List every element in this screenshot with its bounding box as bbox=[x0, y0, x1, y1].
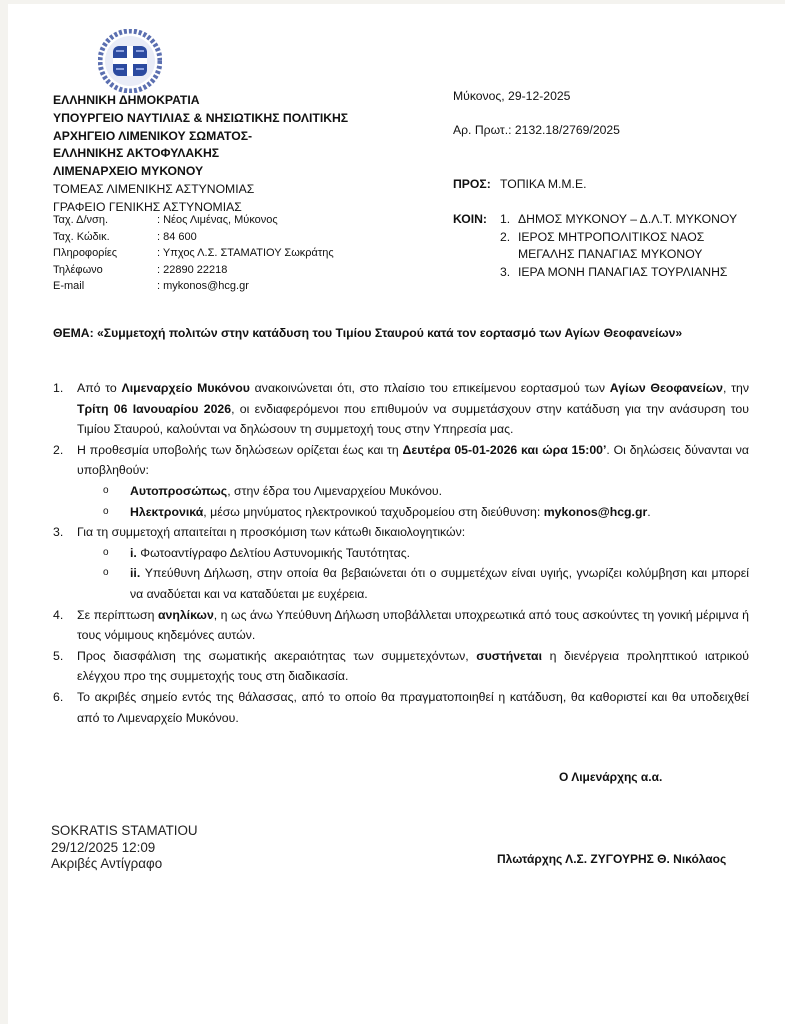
authority-line: ΛΙΜΕΝΑΡΧΕΙΟ ΜΥΚΟΝΟΥ bbox=[53, 163, 348, 181]
announcement-body: 1. Από το Λιμεναρχείο Μυκόνου ανακοινώνε… bbox=[53, 378, 749, 728]
contact-row: Τηλέφωνο: 22890 22218 bbox=[53, 262, 334, 279]
contact-details: Ταχ. Δ/νση.: Νέος Λιμένας, Μύκονος Ταχ. … bbox=[53, 212, 334, 295]
list-item: 3.ΙΕΡΑ ΜΟΝΗ ΠΑΝΑΓΙΑΣ ΤΟΥΡΛΙΑΝΗΣ bbox=[500, 264, 737, 282]
contact-label: Πληροφορίες bbox=[53, 245, 157, 262]
authority-line: ΑΡΧΗΓΕΙΟ ΛΙΜΕΝΙΚΟΥ ΣΩΜΑΤΟΣ- bbox=[53, 128, 348, 146]
list-item: ΜΕΓΑΛΗΣ ΠΑΝΑΓΙΑΣ ΜΥΚΟΝΟΥ bbox=[500, 246, 737, 264]
contact-row: Ταχ. Δ/νση.: Νέος Λιμένας, Μύκονος bbox=[53, 212, 334, 229]
list-item: 2.ΙΕΡΟΣ ΜΗΤΡΟΠΟΛΙΤΙΚΟΣ ΝΑΟΣ bbox=[500, 229, 737, 247]
bullet-icon: o bbox=[103, 481, 130, 502]
numbered-item: 5. Προς διασφάλιση της σωματικής ακεραιό… bbox=[53, 646, 749, 687]
copy-recipients-label: ΚΟΙΝ: bbox=[453, 211, 500, 281]
sub-item: o Αυτοπροσώπως, στην έδρα του Λιμεναρχεί… bbox=[103, 481, 749, 502]
bullet-icon: o bbox=[103, 543, 130, 564]
contact-value: : mykonos@hcg.gr bbox=[157, 278, 249, 295]
document-page: ΕΛΛΗΝΙΚΗ ΔΗΜΟΚΡΑΤΙΑ ΥΠΟΥΡΓΕΙΟ ΝΑΥΤΙΛΙΑΣ … bbox=[8, 4, 785, 1024]
recipient: ΠΡΟΣ: ΤΟΠΙΚΑ Μ.Μ.Ε. bbox=[453, 176, 586, 194]
greek-coat-of-arms-icon bbox=[98, 29, 162, 93]
recipient-value: ΤΟΠΙΚΑ Μ.Μ.Ε. bbox=[500, 176, 586, 194]
contact-value: : 84 600 bbox=[157, 229, 197, 246]
contact-label: Ταχ. Κώδικ. bbox=[53, 229, 157, 246]
sub-item: o i. Φωτοαντίγραφο Δελτίου Αστυνομικής Τ… bbox=[103, 543, 749, 564]
contact-row: Ταχ. Κώδικ.: 84 600 bbox=[53, 229, 334, 246]
authority-line: ΕΛΛΗΝΙΚΗ ΔΗΜΟΚΡΑΤΙΑ bbox=[53, 92, 348, 110]
signer-name: Πλωτάρχης Λ.Σ. ΖΥΓΟΥΡΗΣ Θ. Νικόλαος bbox=[497, 852, 726, 866]
subject-line: ΘΕΜΑ: «Συμμετοχή πολιτών στην κατάδυση τ… bbox=[53, 326, 682, 340]
contact-label: E-mail bbox=[53, 278, 157, 295]
contact-value: : Υπχος Λ.Σ. ΣΤΑΜΑΤΙΟΥ Σωκράτης bbox=[157, 245, 334, 262]
contact-label: Τηλέφωνο bbox=[53, 262, 157, 279]
contact-value: : Νέος Λιμένας, Μύκονος bbox=[157, 212, 278, 229]
bullet-icon: o bbox=[103, 502, 130, 523]
digital-signature-stamp: SOKRATIS STAMATIOU 29/12/2025 12:09 Ακρι… bbox=[51, 823, 198, 873]
authority-line: ΤΟΜΕΑΣ ΛΙΜΕΝΙΚΗΣ ΑΣΤΥΝΟΜΙΑΣ bbox=[53, 181, 348, 199]
contact-label: Ταχ. Δ/νση. bbox=[53, 212, 157, 229]
authority-line: ΕΛΛΗΝΙΚΗΣ ΑΚΤΟΦΥΛΑΚΗΣ bbox=[53, 145, 348, 163]
copy-recipients: ΚΟΙΝ: 1.ΔΗΜΟΣ ΜΥΚΟΝΟΥ – Δ.Λ.Τ. ΜΥΚΟΝΟΥ 2… bbox=[453, 211, 737, 281]
email-link[interactable]: mykonos@hcg.gr bbox=[544, 505, 648, 519]
contact-row: E-mail: mykonos@hcg.gr bbox=[53, 278, 334, 295]
copy-recipients-list: 1.ΔΗΜΟΣ ΜΥΚΟΝΟΥ – Δ.Λ.Τ. ΜΥΚΟΝΟΥ 2.ΙΕΡΟΣ… bbox=[500, 211, 737, 281]
document-date: Μύκονος, 29-12-2025 bbox=[453, 89, 570, 103]
numbered-item: 4. Σε περίπτωση ανηλίκων, η ως άνω Υπεύθ… bbox=[53, 605, 749, 646]
protocol-number: Αρ. Πρωτ.: 2132.18/2769/2025 bbox=[453, 123, 620, 137]
list-item: 1.ΔΗΜΟΣ ΜΥΚΟΝΟΥ – Δ.Λ.Τ. ΜΥΚΟΝΟΥ bbox=[500, 211, 737, 229]
numbered-item: 3. Για τη συμμετοχή απαιτείται η προσκόμ… bbox=[53, 522, 749, 543]
issuing-authority: ΕΛΛΗΝΙΚΗ ΔΗΜΟΚΡΑΤΙΑ ΥΠΟΥΡΓΕΙΟ ΝΑΥΤΙΛΙΑΣ … bbox=[53, 92, 348, 217]
sub-item: o ii. Υπεύθυνη Δήλωση, στην οποία θα βεβ… bbox=[103, 563, 749, 604]
numbered-item: 1. Από το Λιμεναρχείο Μυκόνου ανακοινώνε… bbox=[53, 378, 749, 440]
recipient-label: ΠΡΟΣ: bbox=[453, 176, 500, 194]
authority-line: ΥΠΟΥΡΓΕΙΟ ΝΑΥΤΙΛΙΑΣ & ΝΗΣΙΩΤΙΚΗΣ ΠΟΛΙΤΙΚ… bbox=[53, 110, 348, 128]
bullet-icon: o bbox=[103, 563, 130, 604]
contact-row: Πληροφορίες: Υπχος Λ.Σ. ΣΤΑΜΑΤΙΟΥ Σωκράτ… bbox=[53, 245, 334, 262]
sub-item: o Ηλεκτρονικά, μέσω μηνύματος ηλεκτρονικ… bbox=[103, 502, 749, 523]
numbered-item: 2. Η προθεσμία υποβολής των δηλώσεων ορί… bbox=[53, 440, 749, 481]
contact-value: : 22890 22218 bbox=[157, 262, 227, 279]
numbered-item: 6. Το ακριβές σημείο εντός της θάλασσας,… bbox=[53, 687, 749, 728]
signer-title: Ο Λιμενάρχης α.α. bbox=[559, 770, 662, 784]
